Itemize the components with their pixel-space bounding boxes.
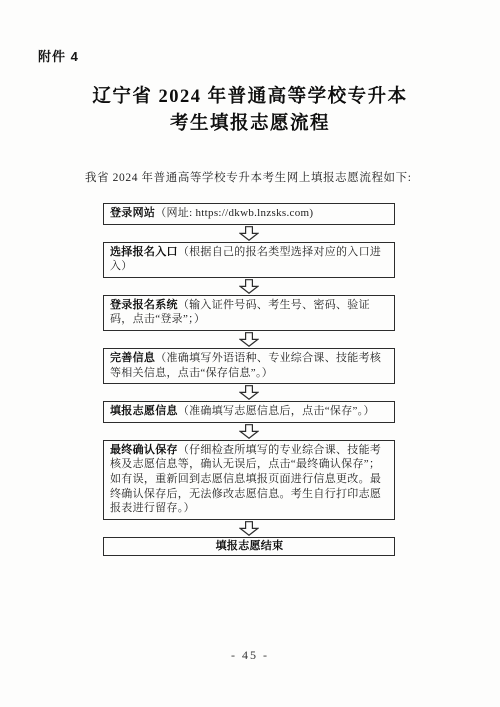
flow-step-login-website: 登录网站（网址: https://dkwb.lnzsks.com) [103,203,395,225]
title-line-2: 考生填报志愿流程 [170,114,330,134]
page-number: - 45 - [0,648,500,663]
step-detail: （网址: https://dkwb.lnzsks.com) [155,207,313,219]
document-page: 附件 4 辽宁省 2024 年普通高等学校专升本考生填报志愿流程 我省 2024… [0,0,500,707]
down-arrow-icon [239,226,259,241]
flow-step-complete-info: 完善信息（准确填写外语语种、专业综合课、技能考核等相关信息，点击“保存信息”。） [103,348,395,384]
step-label: 完善信息 [110,352,155,364]
down-arrow-icon [239,521,259,536]
step-label: 登录网站 [110,207,155,219]
step-label: 填报志愿结束 [216,540,284,552]
down-arrow-icon [239,385,259,400]
down-arrow-icon [239,332,259,347]
flow-step-fill-preferences: 填报志愿信息（准确填写志愿信息后，点击“保存”。） [103,401,395,423]
down-arrow-icon [239,424,259,439]
intro-text: 我省 2024 年普通高等学校专升本考生网上填报志愿流程如下: [85,169,412,185]
step-label: 填报志愿信息 [110,405,178,417]
flow-step-choose-entrance: 选择报名入口（根据自己的报名类型选择对应的入口进入） [103,242,395,278]
title-line-1: 辽宁省 2024 年普通高等学校专升本 [92,87,407,107]
flow-step-end: 填报志愿结束 [103,537,395,557]
document-title: 辽宁省 2024 年普通高等学校专升本考生填报志愿流程 [0,84,500,138]
flow-step-final-confirm-save: 最终确认保存（仔细检查所填写的专业综合课、技能考核及志愿信息等，确认无误后，点击… [103,440,395,520]
down-arrow-icon [239,279,259,294]
attachment-label: 附件 4 [38,46,79,65]
flow-step-login-system: 登录报名系统（输入证件号码、考生号、密码、验证码，点击“登录”；） [103,295,395,331]
flowchart: 登录网站（网址: https://dkwb.lnzsks.com) 选择报名入口… [103,203,395,556]
step-detail: （准确填写志愿信息后，点击“保存”。） [178,405,375,417]
step-label: 最终确认保存 [110,444,178,456]
step-label: 登录报名系统 [110,299,178,311]
step-label: 选择报名入口 [110,246,178,258]
